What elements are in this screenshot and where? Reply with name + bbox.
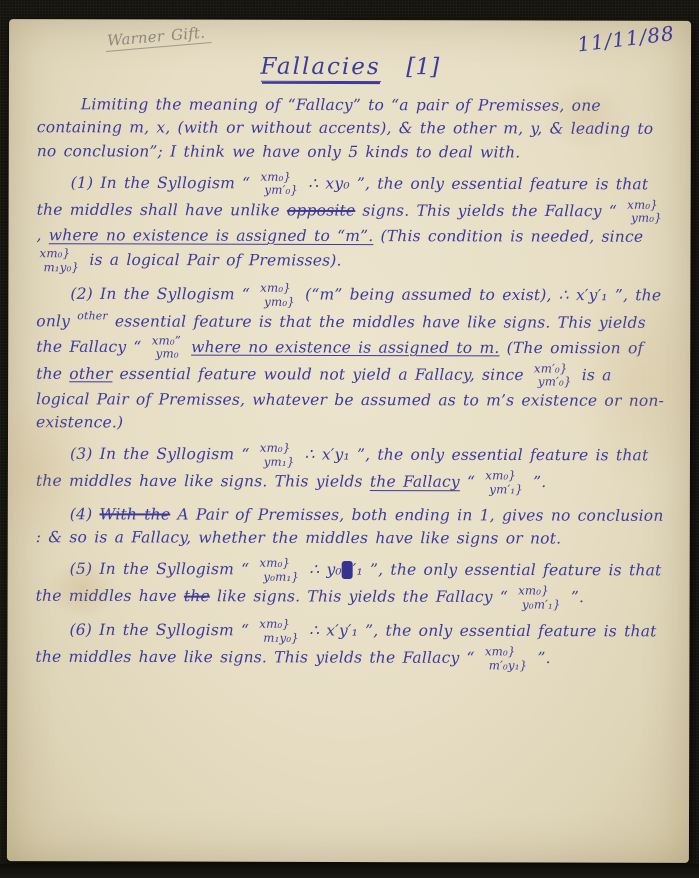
- premiss-top: xm₀}: [259, 557, 299, 571]
- premiss-bottom: m′₀y₁}: [485, 659, 528, 673]
- title-text: Fallacies: [260, 54, 380, 82]
- text-run: ,: [37, 226, 49, 244]
- text-run: [184, 338, 191, 356]
- premiss-top: xm₀}: [485, 646, 528, 660]
- page-title: Fallacies [1]: [9, 53, 691, 81]
- manuscript-body: Limiting the meaning of “Fallacy” to “a …: [35, 93, 667, 673]
- premiss-pair-formula: xm₀}m₁y₀}: [259, 618, 299, 645]
- premiss-bottom: ym′₀}: [260, 184, 298, 198]
- text-run: ”.: [526, 473, 546, 491]
- manuscript-paragraph: (2) In the Syllogism “ xm₀}ym₀} (“m” bei…: [36, 281, 666, 436]
- premiss-top: xm₀}: [260, 442, 295, 456]
- text-strike: opposite: [287, 201, 355, 219]
- text-run: ”.: [530, 649, 550, 667]
- manuscript-paragraph: (4) With the A Pair of Premisses, both e…: [36, 503, 666, 551]
- text-underline: other: [69, 365, 112, 383]
- premiss-pair-formula: xm₀}ym₁}: [260, 442, 295, 469]
- text-underline: where no existence is assigned to m.: [191, 338, 499, 357]
- text-run: (4): [70, 505, 100, 523]
- premiss-top: xm₀}: [518, 585, 561, 599]
- premiss-bottom: y₀m₁}: [259, 570, 299, 584]
- premiss-bottom: ym₁}: [260, 456, 295, 470]
- manuscript-paragraph: (3) In the Syllogism “ xm₀}ym₁} ∴ x′y₁ ”…: [36, 442, 666, 498]
- text-underline: the Fallacy: [370, 473, 460, 491]
- text-run: ∴ y₀: [302, 560, 342, 578]
- premiss-top: xm₀}: [260, 282, 295, 296]
- text-run: (5) In the Syllogism “: [70, 560, 257, 578]
- premiss-bottom: ym₀: [152, 348, 181, 362]
- text-run: (6) In the Syllogism “: [69, 621, 256, 639]
- premiss-bottom: m₁y₀}: [259, 632, 299, 646]
- manuscript-paragraph: (6) In the Syllogism “ xm₀}m₁y₀} ∴ x′y′₁…: [35, 617, 665, 673]
- premiss-pair-formula: xm₀”ym₀: [152, 334, 181, 361]
- title-number: [1]: [406, 54, 439, 80]
- premiss-pair-formula: xm₀}y₀m′₁}: [518, 585, 561, 612]
- text-run: (This condition is needed, since: [373, 227, 643, 246]
- manuscript-paragraph: (5) In the Syllogism “ xm₀}y₀m₁} ∴ y₀x′₁…: [36, 556, 666, 612]
- pencil-annotation: Warner Gift.: [104, 23, 212, 52]
- text-run: (1) In the Syllogism “: [71, 174, 258, 192]
- text-run: “: [460, 473, 482, 491]
- premiss-bottom: ym′₁}: [485, 483, 523, 497]
- premiss-pair-formula: xm₀}ym₀}: [260, 282, 295, 309]
- text-strike: the: [184, 587, 210, 605]
- premiss-pair-formula: xm₀}ym₀}: [627, 199, 662, 226]
- manuscript-paragraph: (1) In the Syllogism “ xm₀}ym′₀} ∴ xy₀ ”…: [36, 170, 666, 276]
- premiss-bottom: ym′₀}: [534, 376, 572, 390]
- premiss-bottom: ym₀}: [260, 296, 295, 310]
- text-underline: where no existence is assigned to “m”.: [49, 226, 374, 245]
- premiss-top: xm₀}: [259, 618, 299, 632]
- premiss-pair-formula: xm₀}m₁y₀}: [39, 247, 79, 274]
- date-annotation: 11/11/88: [576, 21, 676, 56]
- text-insert: other: [77, 310, 108, 323]
- premiss-pair-formula: xm₀}ym′₁}: [485, 470, 523, 497]
- text-run: is a logical Pair of Premisses).: [82, 251, 341, 270]
- text-blot: x: [342, 561, 353, 579]
- text-run: Limiting the meaning of “Fallacy” to “a …: [37, 95, 654, 161]
- premiss-pair-formula: xm₀}ym′₀}: [260, 171, 298, 198]
- premiss-top: xm₀}: [39, 247, 79, 261]
- premiss-pair-formula: xm₀}y₀m₁}: [259, 557, 299, 584]
- text-run: (3) In the Syllogism “: [70, 445, 257, 463]
- premiss-pair-formula: xm′₀}ym′₀}: [534, 362, 572, 389]
- table-edge: [0, 864, 699, 878]
- manuscript-paragraph: Limiting the meaning of “Fallacy” to “a …: [37, 93, 667, 164]
- premiss-bottom: m₁y₀}: [39, 261, 79, 275]
- premiss-bottom: ym₀}: [627, 212, 662, 226]
- text-strike: With the: [99, 505, 170, 523]
- premiss-bottom: y₀m′₁}: [518, 598, 561, 612]
- premiss-pair-formula: xm₀}m′₀y₁}: [485, 646, 528, 673]
- text-run: (2) In the Syllogism “: [70, 285, 257, 303]
- text-run: essential feature would not yield a Fall…: [112, 365, 531, 384]
- text-run: ”.: [564, 588, 584, 606]
- manuscript-page: Warner Gift. 11/11/88 Fallacies [1] Limi…: [7, 19, 691, 863]
- text-run: signs. This yields the Fallacy “: [355, 201, 624, 220]
- text-run: like signs. This yields the Fallacy “: [210, 587, 515, 606]
